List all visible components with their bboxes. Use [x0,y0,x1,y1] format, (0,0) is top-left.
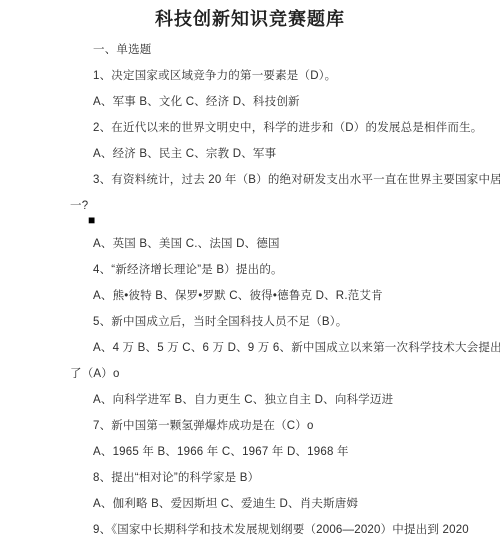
marker-line: ■ [70,214,500,226]
page-title: 科技创新知识竞赛题库 [0,8,500,30]
question-2-options: A、经济 B、民主 C、宗教 D、军事 [70,148,500,160]
question-2-text: 2、在近代以来的世界文明史中，科学的进步和（D）的发展总是相伴而生。 [70,122,500,134]
question-9-text: 9、《国家中长期科学和技术发展规划纲要（2006—2020）中提出到 2020 [70,524,500,536]
question-1-options: A、军事 B、文化 C、经济 D、科技创新 [70,96,500,108]
question-3-options: A、英国 B、美国 C.、法国 D、德国 [70,238,500,250]
question-3-text-continuation: 一? [70,200,500,212]
question-6-options: A、向科学进军 B、自力更生 C、独立自主 D、向科学迈进 [70,394,500,406]
question-6-text-continuation: 了（A）o [70,368,500,380]
document-body: 一、单选题 1、决定国家或区域竞争力的第一要素是（D）。 A、军事 B、文化 C… [0,44,500,536]
question-8-text: 8、提出“相对论”的科学家是 B） [70,472,500,484]
question-3-text: 3、有资料统计，过去 20 年（B）的绝对研发支出水平一直在世界主要国家中居 [70,174,500,186]
question-5-text: 5、新中国成立后，当时全国科技人员不足（B）。 [70,316,500,328]
section-heading: 一、单选题 [70,44,500,56]
question-1-text: 1、决定国家或区域竞争力的第一要素是（D）。 [70,70,500,82]
question-4-options: A、熊•彼特 B、保罗•罗默 C、彼得•德鲁克 D、R.范艾肯 [70,290,500,302]
black-square-marker: ■ [88,213,95,227]
document-page: 科技创新知识竞赛题库 一、单选题 1、决定国家或区域竞争力的第一要素是（D）。 … [0,0,500,552]
question-7-options: A、1965 年 B、1966 年 C、1967 年 D、1968 年 [70,446,500,458]
question-7-text: 7、新中国第一颗氢弹爆炸成功是在（C）o [70,420,500,432]
question-8-options: A、伽利略 B、爱因斯坦 C、爱迪生 D、肖夫斯唐姆 [70,498,500,510]
question-4-text: 4、“新经济增长理论”是 B）提出的。 [70,264,500,276]
question-5-options-question-6-text: A、4 万 B、5 万 C、6 万 D、9 万 6、新中国成立以来第一次科学技术… [70,342,500,354]
